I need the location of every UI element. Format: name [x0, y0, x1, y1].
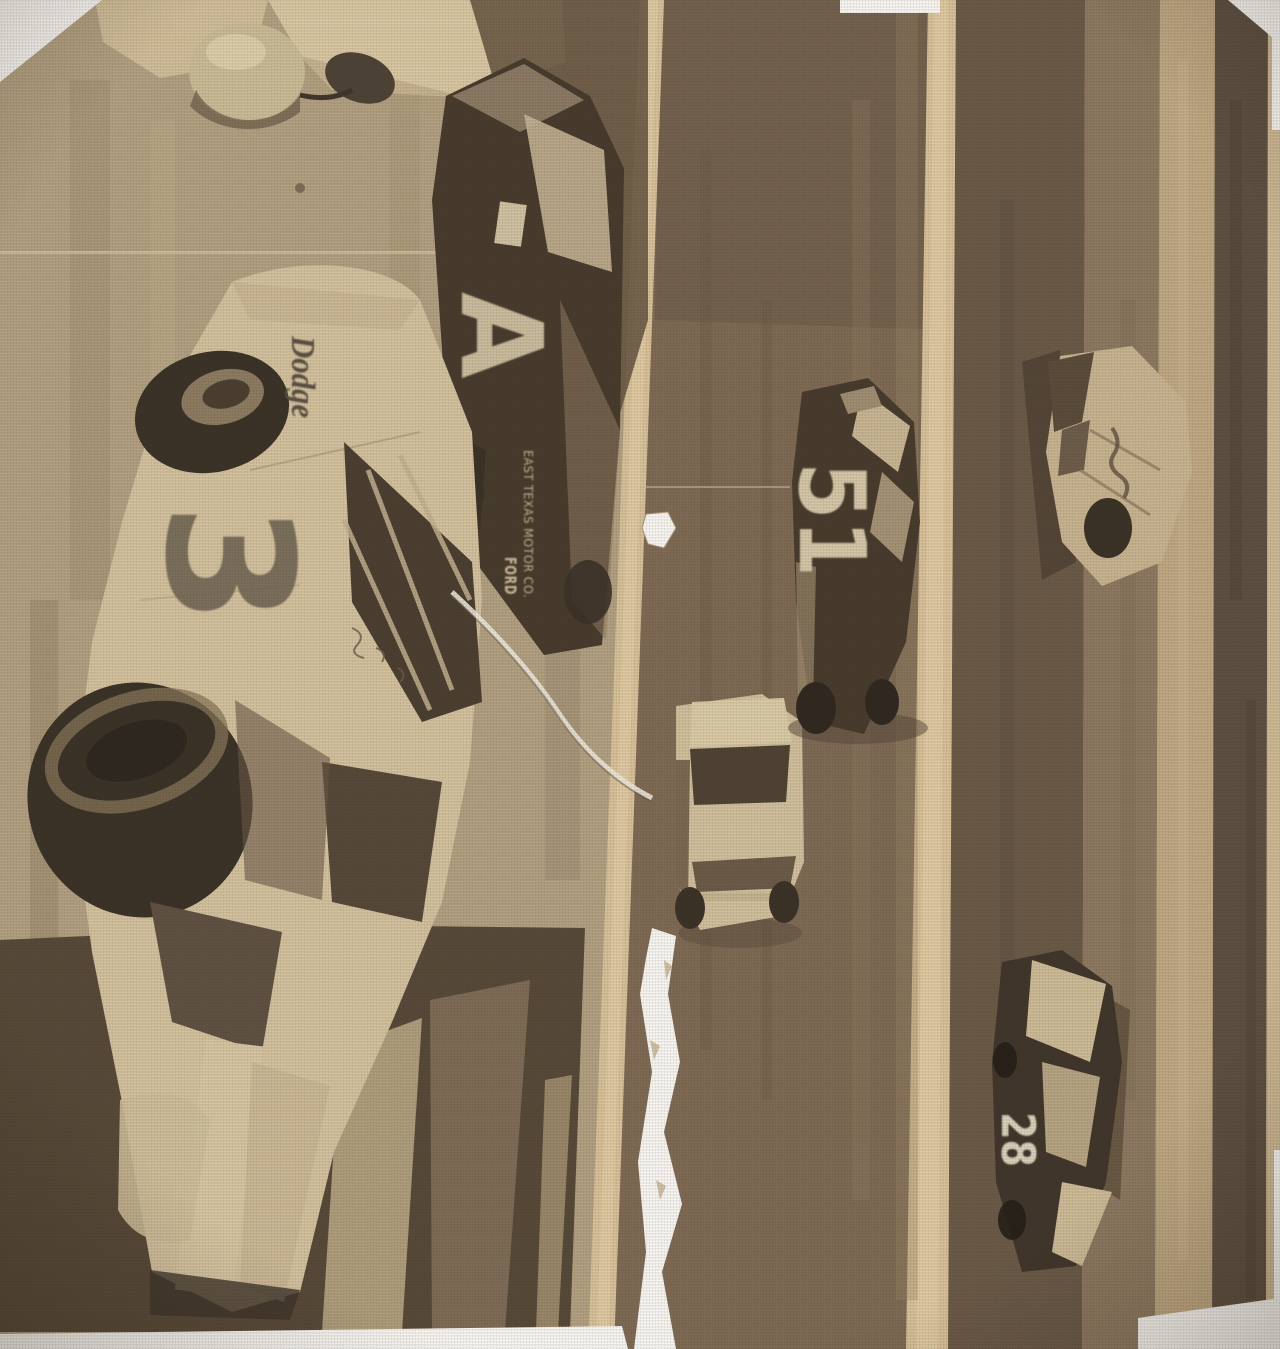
vignette-overlay [0, 0, 1280, 1349]
photo-canvas: A EAST TEXAS MOTOR CO. FORD Dodge 3 [0, 0, 1280, 1349]
newspaper-clipping-photo: A EAST TEXAS MOTOR CO. FORD Dodge 3 [0, 0, 1280, 1349]
